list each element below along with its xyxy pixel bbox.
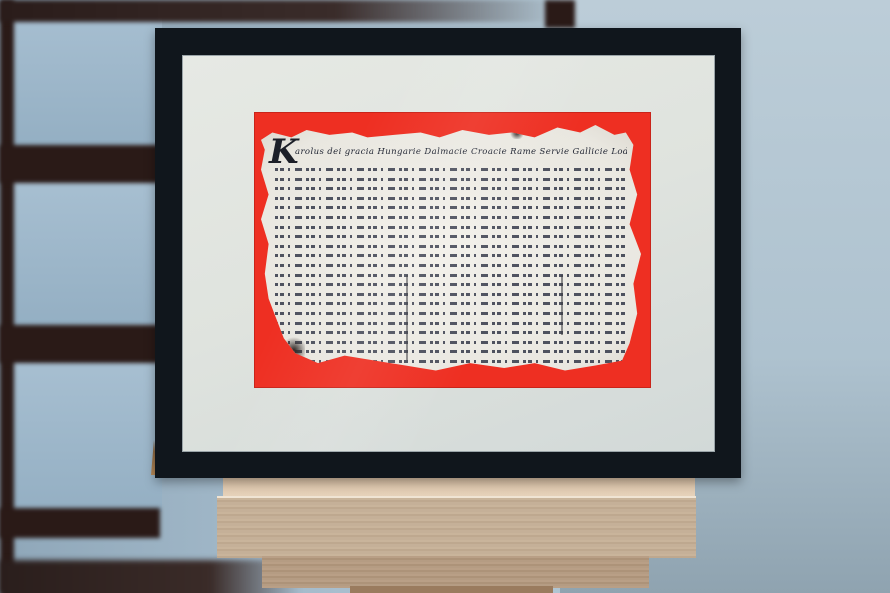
script-line — [275, 203, 629, 213]
pedestal-top-surface — [223, 477, 695, 497]
script-line — [275, 357, 629, 367]
charter-text-body — [275, 165, 629, 361]
fold-crease — [561, 275, 563, 335]
window-pane-middle — [12, 182, 162, 324]
script-line — [275, 347, 629, 357]
script-line — [275, 251, 629, 261]
window-mullion-3 — [0, 508, 160, 538]
pedestal-post — [350, 586, 553, 593]
script-line — [275, 194, 629, 204]
burn-mark — [283, 335, 305, 365]
script-line — [275, 165, 629, 175]
window-post-right — [545, 0, 575, 28]
red-backing: K arolus dei gracia Hungarie Dalmacie Cr… — [255, 113, 650, 387]
script-line — [275, 223, 629, 233]
window-pane-top — [12, 10, 162, 145]
window-mullion-2 — [0, 325, 160, 363]
script-line — [275, 290, 629, 300]
burn-mark — [509, 127, 525, 139]
script-line — [275, 261, 629, 271]
picture-frame: K arolus dei gracia Hungarie Dalmacie Cr… — [155, 28, 741, 478]
script-line — [275, 319, 629, 329]
script-line — [275, 309, 629, 319]
charter-parchment: K arolus dei gracia Hungarie Dalmacie Cr… — [261, 125, 641, 373]
script-line — [275, 213, 629, 223]
window-frame-left — [0, 0, 14, 593]
window-frame-top — [0, 0, 560, 22]
photo-scene: K arolus dei gracia Hungarie Dalmacie Cr… — [0, 0, 890, 593]
window-mullion-1 — [0, 145, 160, 183]
window-pane-bottom — [12, 362, 162, 512]
script-line — [275, 271, 629, 281]
script-line — [275, 184, 629, 194]
script-line — [275, 242, 629, 252]
script-line — [275, 299, 629, 309]
frame-mat: K arolus dei gracia Hungarie Dalmacie Cr… — [182, 55, 715, 452]
script-line — [275, 175, 629, 185]
pedestal-slab — [217, 496, 696, 558]
fold-crease — [406, 275, 408, 360]
script-line — [275, 280, 629, 290]
script-line — [275, 328, 629, 338]
script-line — [275, 338, 629, 348]
script-line — [275, 232, 629, 242]
floor-shadow — [0, 560, 300, 593]
pedestal-block — [262, 556, 649, 588]
charter-first-line: arolus dei gracia Hungarie Dalmacie Croa… — [295, 147, 627, 157]
